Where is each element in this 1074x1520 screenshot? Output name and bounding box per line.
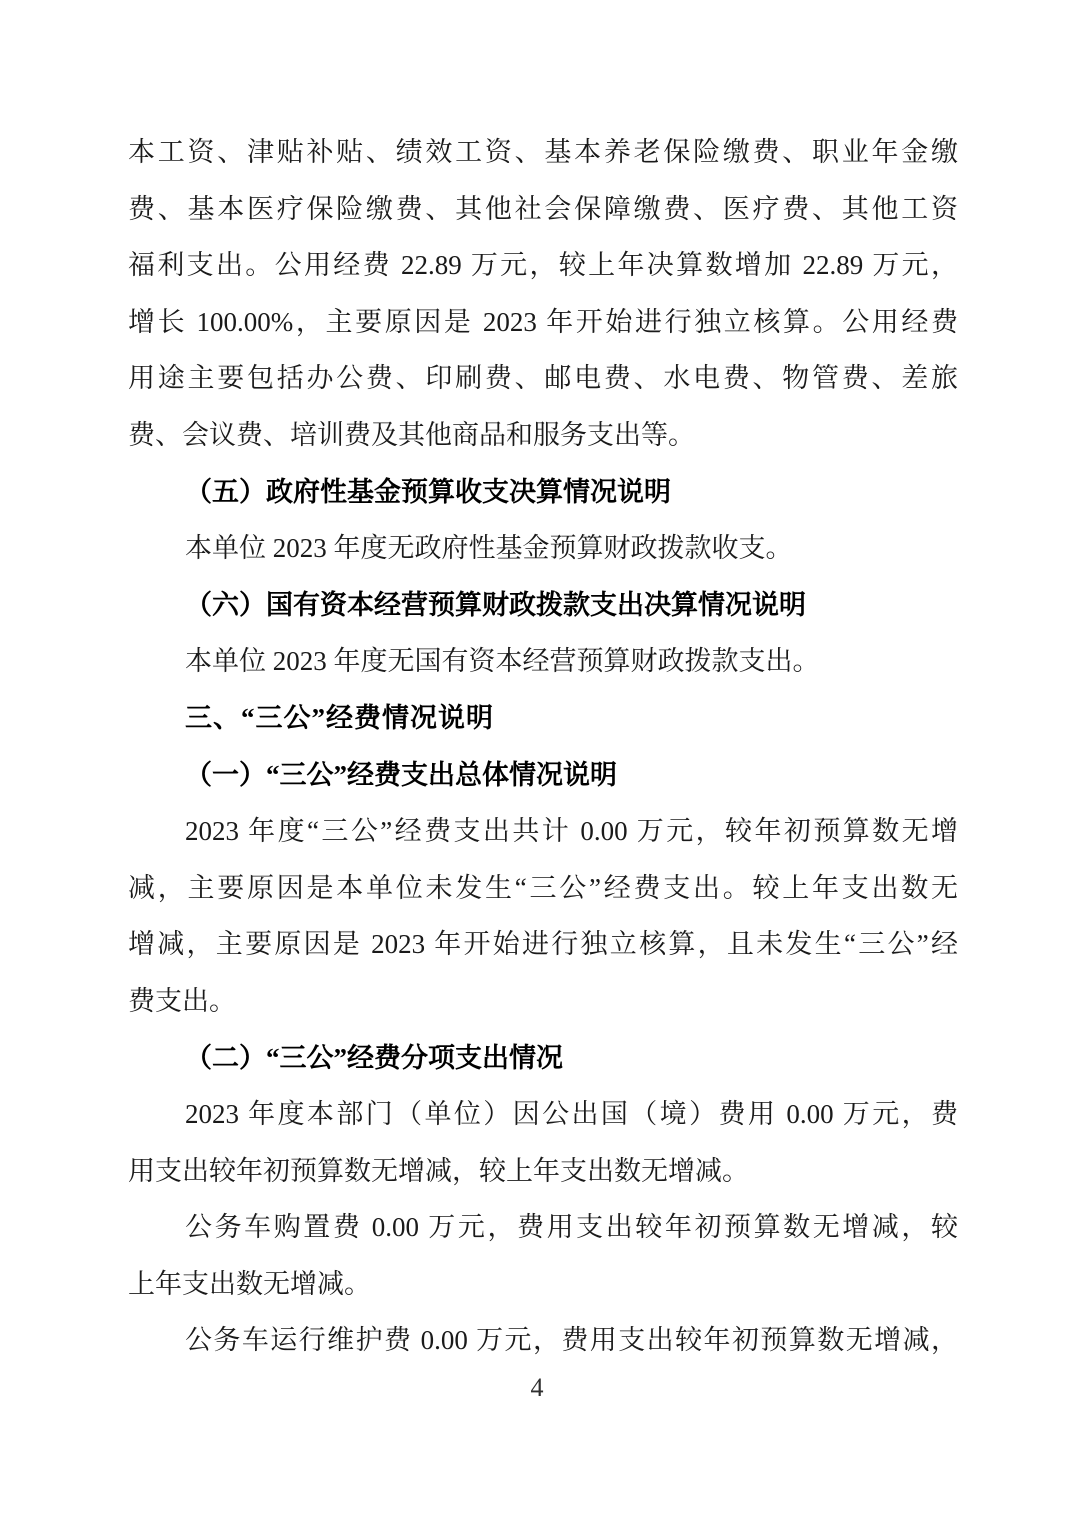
body-line: 公务车运行维护费 0.00 万元，费用支出较年初预算数无增减， (128, 1312, 958, 1369)
body-line: 福利支出。公用经费 22.89 万元，较上年决算数增加 22.89 万元， (128, 237, 958, 294)
heading-itemized-expenses: （二）“三公”经费分项支出情况 (128, 1030, 958, 1087)
body-line: 2023 年度“三公”经费支出共计 0.00 万元，较年初预算数无增 (128, 803, 958, 860)
body-line: 本单位 2023 年度无政府性基金预算财政拨款收支。 (128, 520, 958, 577)
body-line: 增减，主要原因是 2023 年开始进行独立核算，且未发生“三公”经 (128, 916, 958, 973)
page-number: 4 (0, 1372, 1074, 1404)
body-line: 用途主要包括办公费、印刷费、邮电费、水电费、物管费、差旅 (128, 350, 958, 407)
heading-three-public-expenses: 三、“三公”经费情况说明 (128, 690, 958, 747)
document-page: 本工资、津贴补贴、绩效工资、基本养老保险缴费、职业年金缴 费、基本医疗保险缴费、… (0, 0, 1074, 1520)
body-line: 本工资、津贴补贴、绩效工资、基本养老保险缴费、职业年金缴 (128, 124, 958, 181)
body-line: 上年支出数无增减。 (128, 1256, 958, 1313)
body-line: 本单位 2023 年度无国有资本经营预算财政拨款支出。 (128, 633, 958, 690)
body-line: 费、基本医疗保险缴费、其他社会保障缴费、医疗费、其他工资 (128, 181, 958, 238)
heading-section-5-gov-funds: （五）政府性基金预算收支决算情况说明 (128, 464, 958, 521)
body-line: 减，主要原因是本单位未发生“三公”经费支出。较上年支出数无 (128, 860, 958, 917)
body-line: 用支出较年初预算数无增减，较上年支出数无增减。 (128, 1143, 958, 1200)
document-body: 本工资、津贴补贴、绩效工资、基本养老保险缴费、职业年金缴 费、基本医疗保险缴费、… (128, 124, 958, 1369)
body-line: 公务车购置费 0.00 万元，费用支出较年初预算数无增减，较 (128, 1199, 958, 1256)
body-line: 费、会议费、培训费及其他商品和服务支出等。 (128, 407, 958, 464)
body-line: 费支出。 (128, 973, 958, 1030)
body-line: 2023 年度本部门（单位）因公出国（境）费用 0.00 万元，费 (128, 1086, 958, 1143)
body-line: 增长 100.00%，主要原因是 2023 年开始进行独立核算。公用经费 (128, 294, 958, 351)
heading-section-6-state-capital: （六）国有资本经营预算财政拨款支出决算情况说明 (128, 577, 958, 634)
heading-overall-situation: （一）“三公”经费支出总体情况说明 (128, 747, 958, 804)
